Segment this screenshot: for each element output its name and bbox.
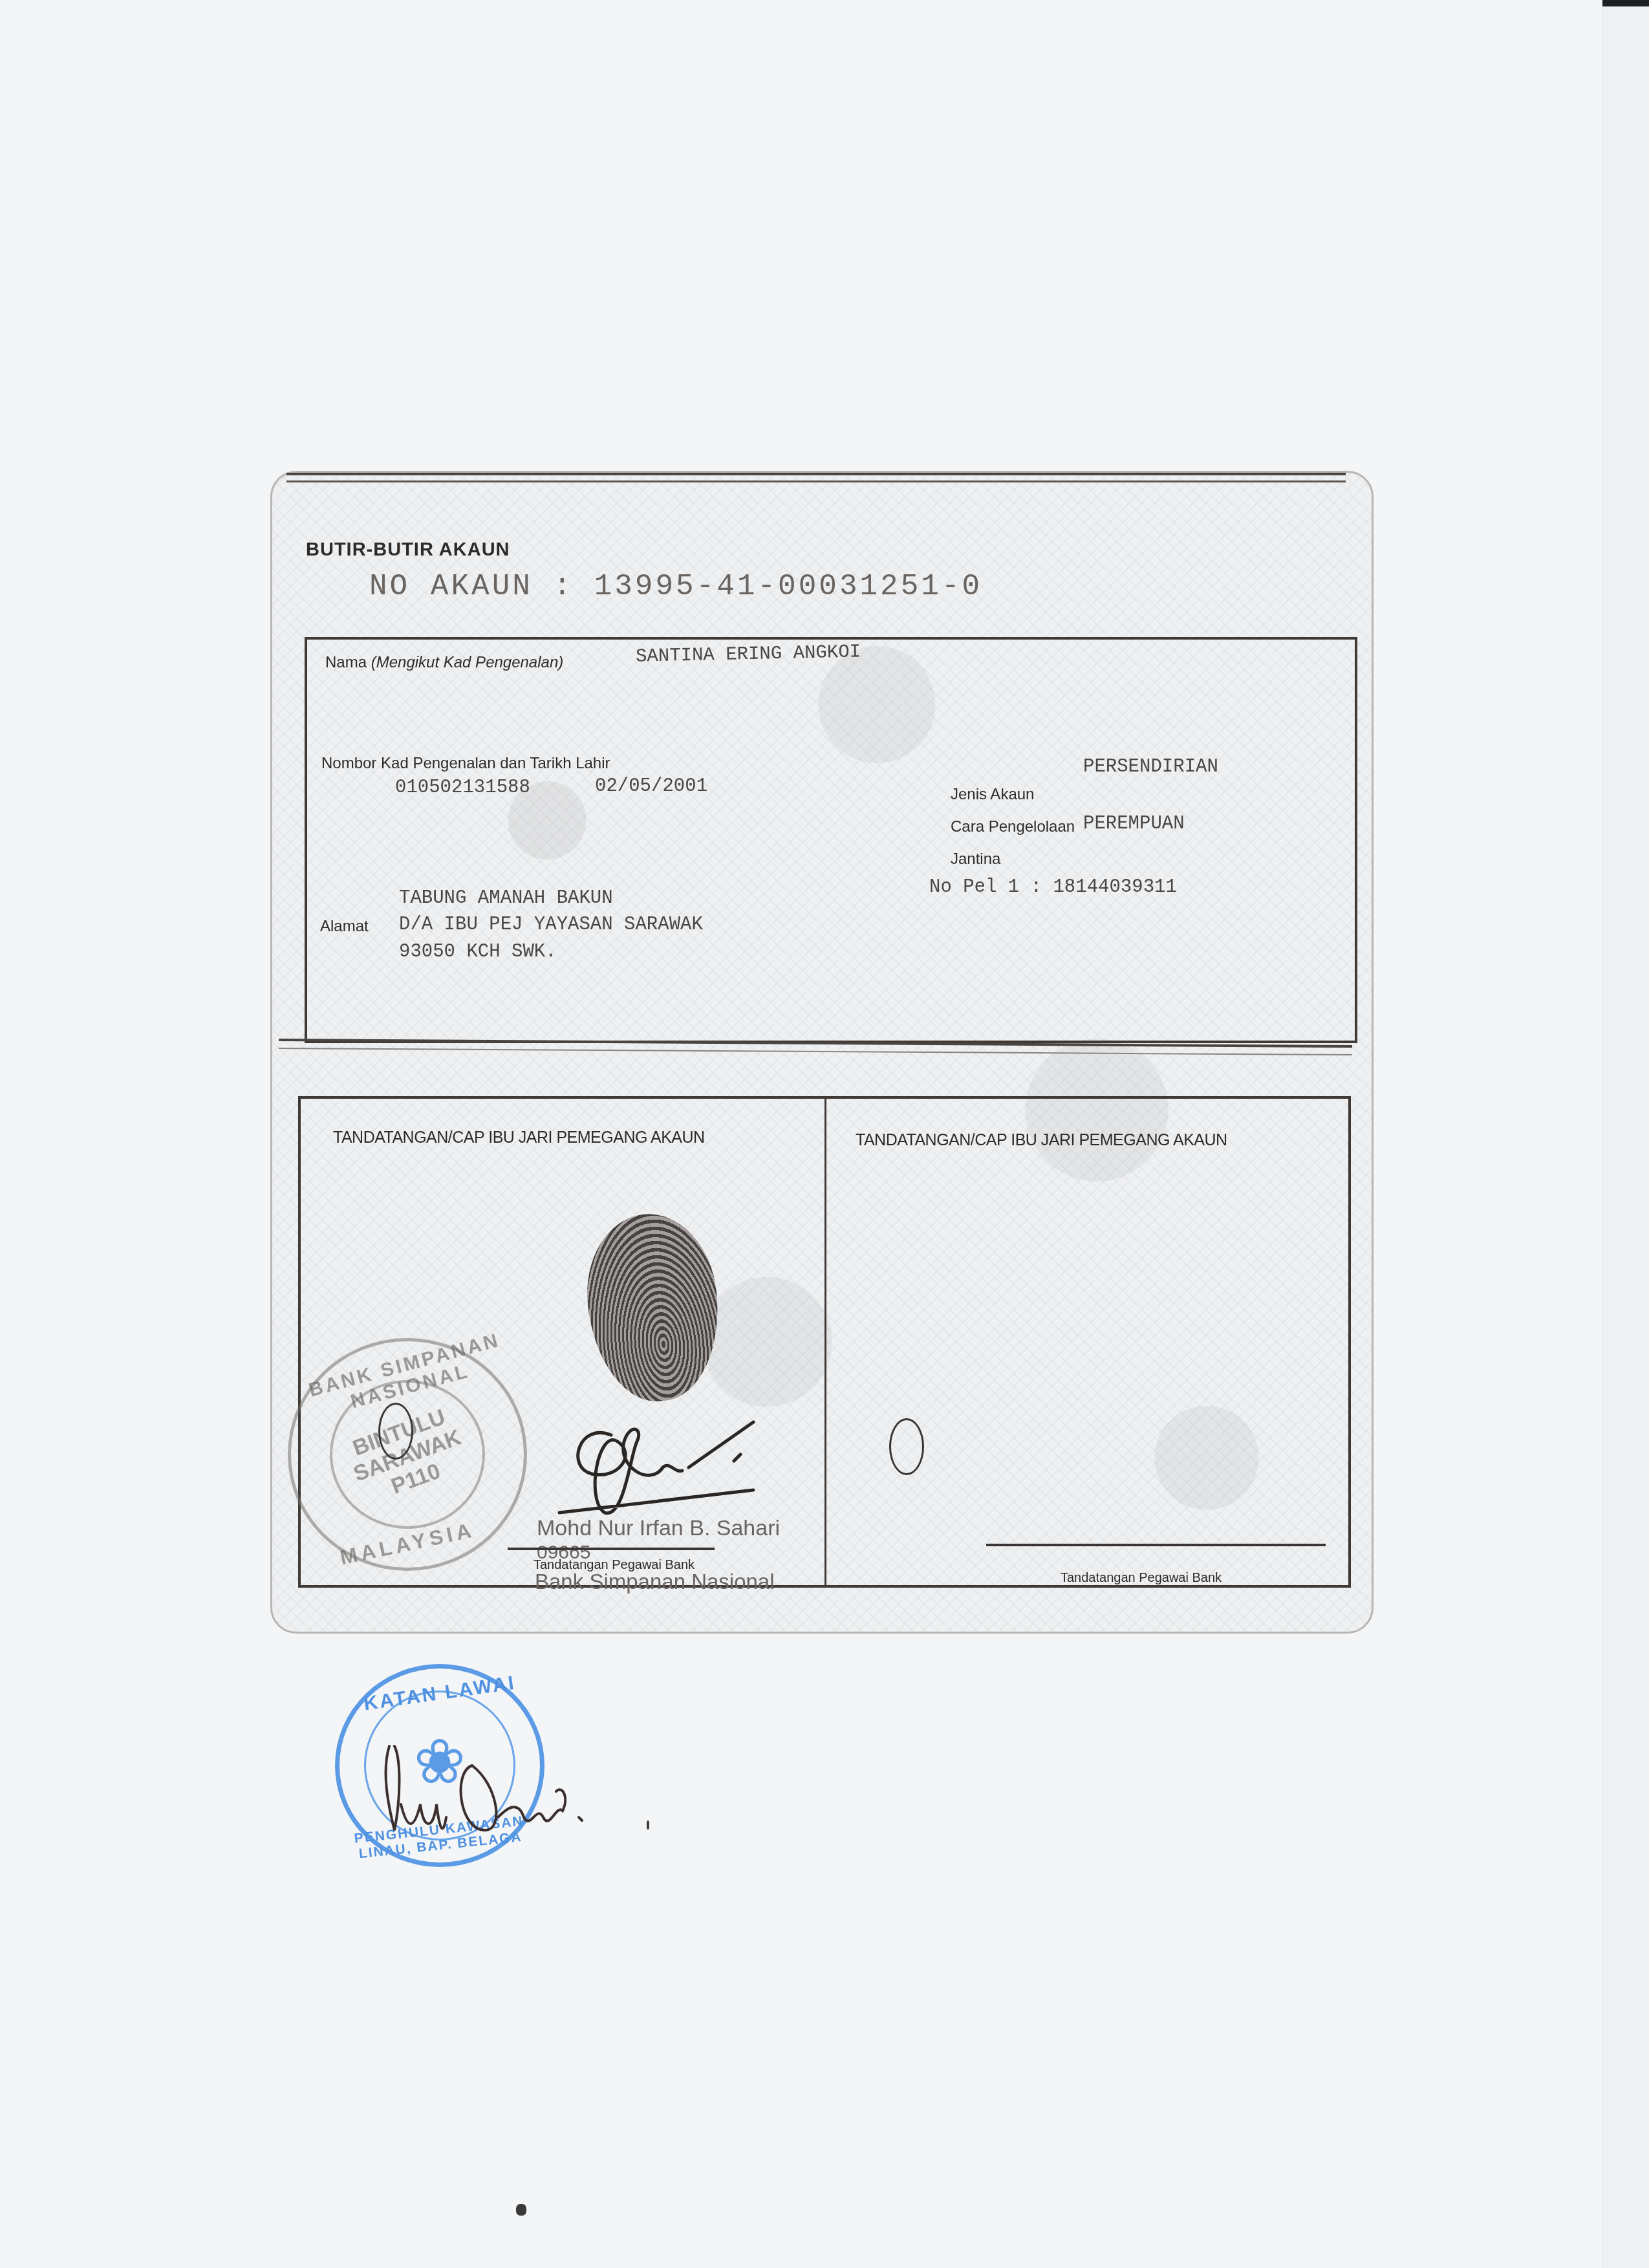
holder-signature-label-right: TANDATANGAN/CAP IBU JARI PEMEGANG AKAUN [856,1131,1227,1150]
officer-signature [540,1416,773,1519]
signature-oval-guide-right [889,1418,924,1475]
ic-dob-label: Nombor Kad Pengenalan dan Tarikh Lahir [321,755,610,773]
bank-branch-stamp: BANK SIMPANAN NASIONAL BINTULU SARAWAK P… [288,1338,527,1571]
officer-name: Mohd Nur Irfan B. Sahari [537,1516,780,1541]
account-info-box: Nama (Mengikut Kad Pengenalan) SANTINA E… [305,637,1357,1043]
scan-speck [516,2204,526,2216]
account-number: NO AKAUN : 13995-41-00031251-0 [369,570,982,603]
operation-mode-label: Cara Pengelolaan [951,818,1075,836]
name-label-note: (Mengikut Kad Pengenalan) [371,654,564,671]
address-label: Alamat [320,918,369,936]
officer-bank: Bank Simpanan Nasional [535,1570,775,1594]
scan-paper-edge [1602,0,1649,2268]
section-title: BUTIR-BUTIR AKAUN [306,539,510,561]
officer-signature-line-left [508,1548,715,1550]
scan-bar [1602,0,1649,6]
penghulu-signature [375,1733,595,1843]
phone-number: No Pel 1 : 18144039311 [929,876,1177,898]
holder-signature-label-left: TANDATANGAN/CAP IBU JARI PEMEGANG AKAUN [333,1129,705,1147]
officer-signature-label-right: Tandatangan Pegawai Bank [1061,1571,1222,1586]
account-details-card: BUTIR-BUTIR AKAUN NO AKAUN : 13995-41-00… [270,471,1374,1634]
account-type-label: Jenis Akaun [951,786,1034,804]
gender-label: Jantina [951,850,1000,869]
signature-box: TANDATANGAN/CAP IBU JARI PEMEGANG AKAUN … [298,1096,1351,1588]
signature-oval-guide-left [378,1403,413,1460]
name-value: SANTINA ERING ANGKOI [636,641,861,667]
thumbprint [579,1207,727,1407]
address-line-3: 93050 KCH SWK. [399,941,557,962]
card-top-rule [286,473,1346,482]
ic-number: 010502131588 [395,777,530,798]
address-line-2: D/A IBU PEJ YAYASAN SARAWAK [399,914,703,935]
account-type-value: PERSENDIRIAN [1083,756,1218,777]
name-label: Nama (Mengikut Kad Pengenalan) [325,654,563,672]
scan-speck [647,1820,649,1830]
officer-signature-line-right [986,1544,1326,1546]
date-of-birth: 02/05/2001 [595,775,707,797]
gender-value: PEREMPUAN [1083,813,1185,834]
address-line-1: TABUNG AMANAH BAKUN [399,887,613,909]
signature-box-divider [824,1099,826,1585]
